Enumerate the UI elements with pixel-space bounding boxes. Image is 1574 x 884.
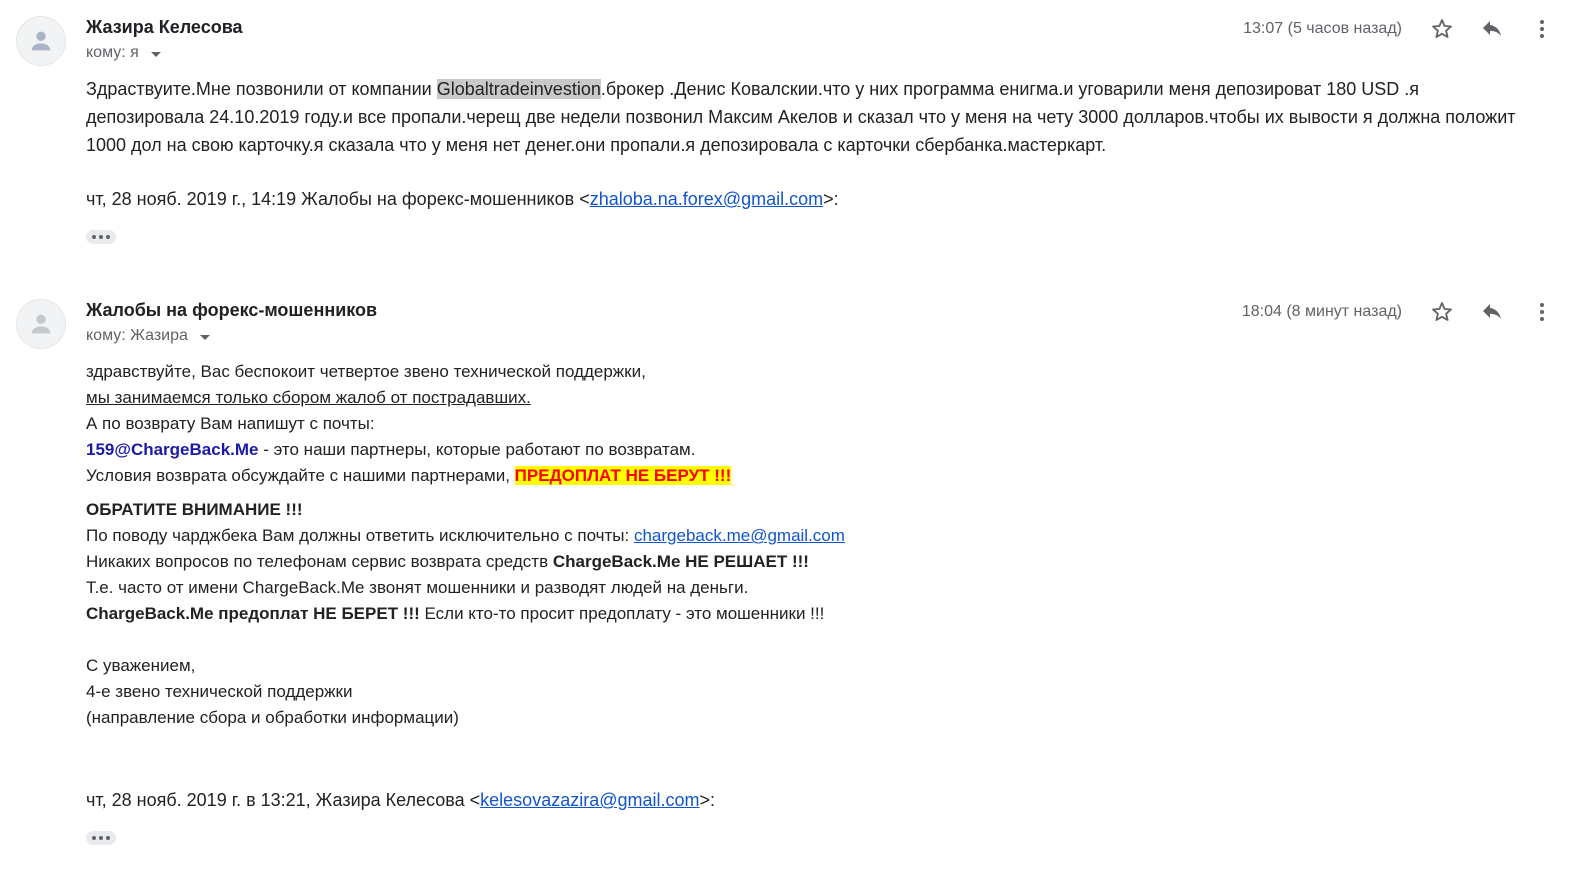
body-text: Если кто-то просит предоплату - это моше…: [420, 604, 825, 623]
message-body: здравствуйте, Вас беспокоит четвертое зв…: [86, 359, 845, 731]
highlighted-text: Globaltradeinvestion: [437, 79, 601, 99]
body-line: мы занимаемся только сбором жалоб от пос…: [86, 385, 845, 411]
recipient-label: кому: я: [86, 44, 139, 62]
sender-avatar[interactable]: [16, 16, 66, 66]
signature-line: С уважением,: [86, 653, 845, 679]
more-options-button[interactable]: [1528, 298, 1556, 326]
message-meta: 18:04 (8 минут назад): [1242, 297, 1556, 327]
body-line: ChargeBack.Me предоплат НЕ БЕРЕТ !!! Есл…: [86, 601, 845, 627]
chevron-down-icon: [200, 335, 210, 340]
sender-name[interactable]: Жалобы на форекс-мошенников: [86, 300, 377, 321]
chevron-down-icon: [151, 52, 161, 57]
bold-text: ChargeBack.Me предоплат НЕ БЕРЕТ !!!: [86, 604, 420, 623]
quote-prefix: чт, 28 нояб. 2019 г., 14:19 Жалобы на фо…: [86, 189, 590, 209]
quote-suffix: >:: [823, 189, 839, 209]
recipient-dropdown[interactable]: кому: я: [86, 44, 161, 62]
sender-avatar[interactable]: [16, 299, 66, 349]
message-meta: 13:07 (5 часов назад): [1243, 14, 1556, 44]
reply-icon: [1480, 17, 1504, 41]
bold-text: ChargeBack.Me НЕ РЕШАЕТ !!!: [553, 552, 809, 571]
star-button[interactable]: [1428, 15, 1456, 43]
body-line: А по возврату Вам напишут с почты:: [86, 411, 845, 437]
email-link[interactable]: zhaloba.na.forex@gmail.com: [590, 189, 823, 209]
person-icon: [27, 27, 55, 55]
show-trimmed-content-button[interactable]: [86, 230, 116, 244]
star-icon: [1430, 300, 1454, 324]
body-text: Здраствуите.Мне позвонили от компании: [86, 79, 437, 99]
signature-line: 4-е звено технической поддержки: [86, 679, 845, 705]
message-time: 18:04 (8 минут назад): [1242, 303, 1402, 321]
body-line: Т.е. часто от имени ChargeBack.Me звонят…: [86, 575, 845, 601]
body-text: По поводу чарджбека Вам должны ответить …: [86, 526, 634, 545]
spacer: [86, 627, 845, 653]
quote-header: чт, 28 нояб. 2019 г. в 13:21, Жазира Кел…: [86, 790, 715, 811]
more-options-button[interactable]: [1528, 15, 1556, 43]
attention-heading: ОБРАТИТЕ ВНИМАНИЕ !!!: [86, 497, 845, 523]
message-body: Здраствуите.Мне позвонили от компании Gl…: [86, 75, 1534, 159]
partner-email: 159@ChargeBack.Me: [86, 440, 259, 459]
star-button[interactable]: [1428, 298, 1456, 326]
body-text: Никаких вопросов по телефонам сервис воз…: [86, 552, 553, 571]
quote-suffix: >:: [700, 790, 716, 810]
more-vert-icon: [1530, 300, 1554, 324]
body-line: Никаких вопросов по телефонам сервис воз…: [86, 549, 845, 575]
body-line: 159@ChargeBack.Me - это наши партнеры, к…: [86, 437, 845, 463]
message-time: 13:07 (5 часов назад): [1243, 20, 1402, 38]
body-line: здравствуйте, Вас беспокоит четвертое зв…: [86, 359, 845, 385]
signature-line: (направление сбора и обработки информаци…: [86, 705, 845, 731]
recipient-dropdown[interactable]: кому: Жазира: [86, 327, 210, 345]
email-link[interactable]: chargeback.me@gmail.com: [634, 526, 845, 545]
reply-icon: [1480, 300, 1504, 324]
warning-text: ПРЕДОПЛАТ НЕ БЕРУТ !!!: [515, 466, 732, 485]
recipient-label: кому: Жазира: [86, 327, 188, 345]
body-line: По поводу чарджбека Вам должны ответить …: [86, 523, 845, 549]
show-trimmed-content-button[interactable]: [86, 831, 116, 845]
email-link[interactable]: kelesovazazira@gmail.com: [480, 790, 699, 810]
person-icon: [27, 310, 55, 338]
star-icon: [1430, 17, 1454, 41]
body-line: Условия возврата обсуждайте с нашими пар…: [86, 463, 845, 489]
body-text: - это наши партнеры, которые работают по…: [259, 440, 696, 459]
sender-name[interactable]: Жазира Келесова: [86, 17, 243, 38]
more-vert-icon: [1530, 17, 1554, 41]
reply-button[interactable]: [1478, 298, 1506, 326]
quote-prefix: чт, 28 нояб. 2019 г. в 13:21, Жазира Кел…: [86, 790, 480, 810]
quote-header: чт, 28 нояб. 2019 г., 14:19 Жалобы на фо…: [86, 189, 839, 210]
reply-button[interactable]: [1478, 15, 1506, 43]
body-text: Условия возврата обсуждайте с нашими пар…: [86, 466, 515, 485]
